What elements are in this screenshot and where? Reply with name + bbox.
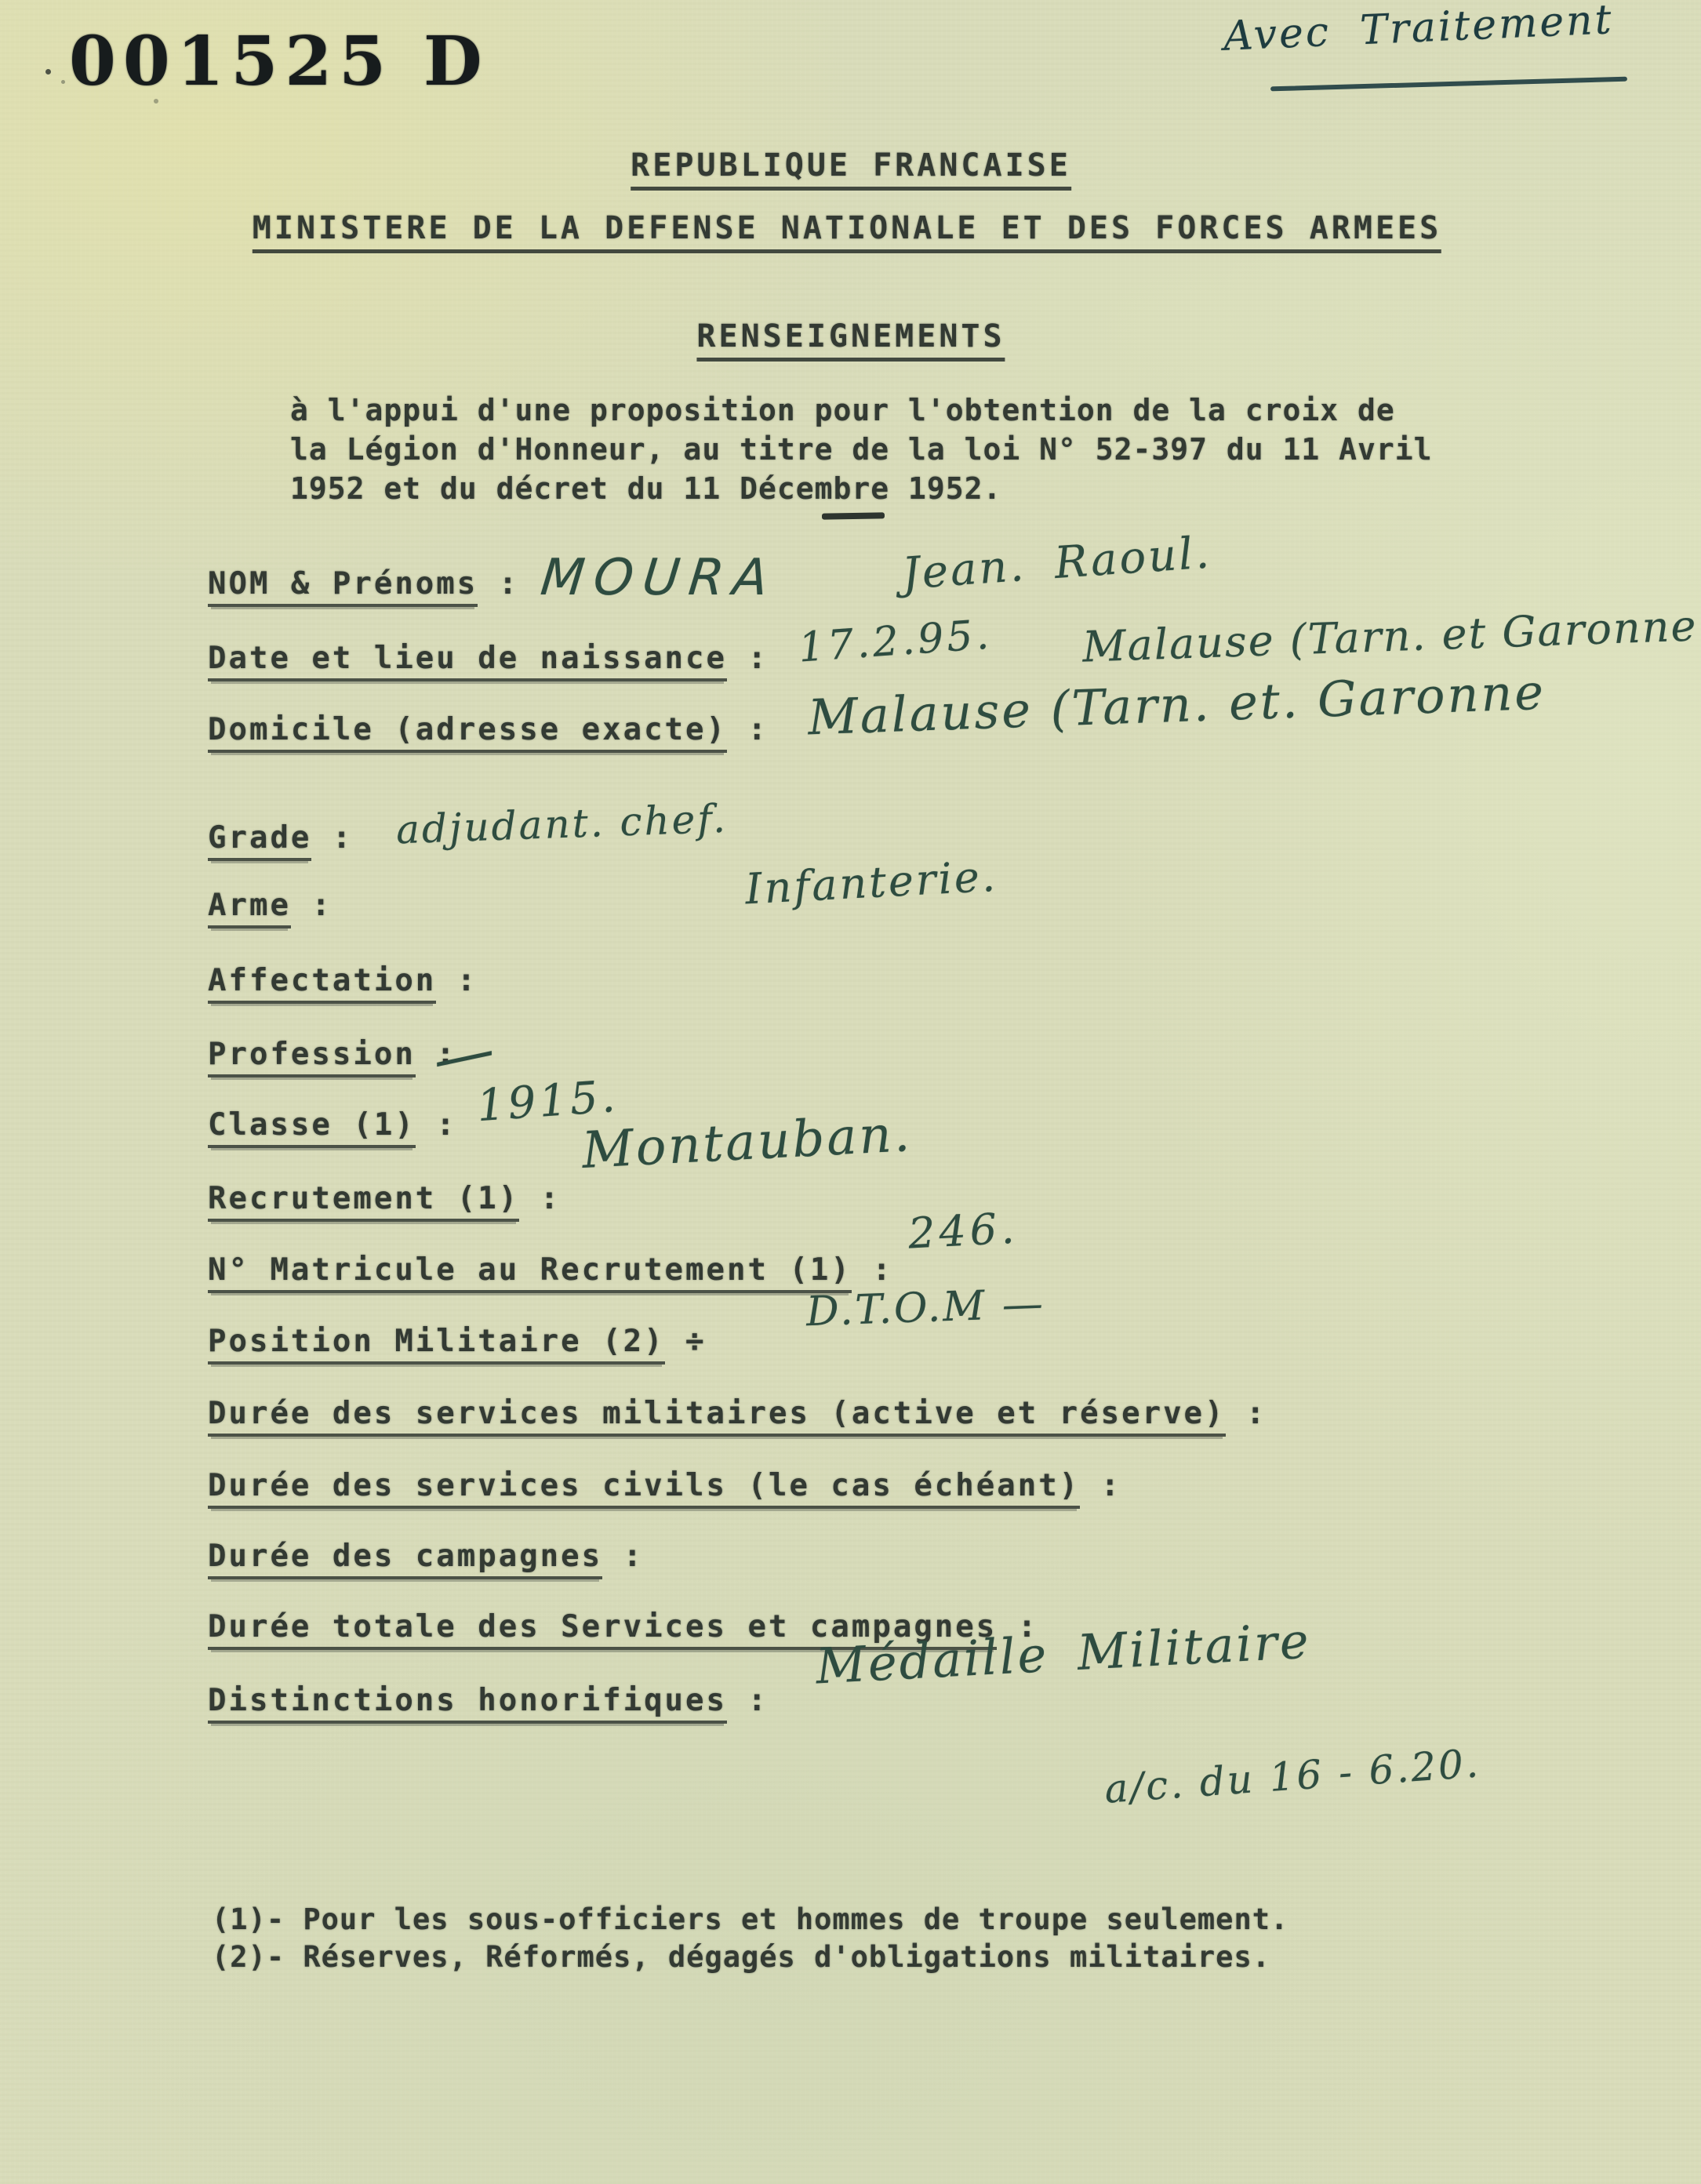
field-domicile-sep: : bbox=[747, 712, 768, 747]
handwritten-arme-value: Infanterie. bbox=[744, 852, 999, 914]
intro-line-2: la Légion d'Honneur, au titre de la loi … bbox=[290, 430, 1433, 469]
handwritten-matricule-value: 246. bbox=[907, 1203, 1019, 1258]
handwritten-grade-value: adjudant. chef. bbox=[395, 796, 729, 853]
field-duree-civils: Durée des services civils (le cas échéan… bbox=[208, 1468, 1121, 1503]
handwritten-naissance-lieu: Malause (Tarn. et Garonne bbox=[1081, 601, 1698, 671]
field-grade-sep: : bbox=[333, 820, 353, 856]
field-duree-militaires-label: Durée des services militaires (active et… bbox=[208, 1396, 1226, 1437]
separator-dash bbox=[822, 512, 885, 519]
field-recrutement-sep: : bbox=[540, 1181, 561, 1216]
annotation-underline bbox=[1270, 77, 1627, 92]
field-duree-campagnes: Durée des campagnes : bbox=[208, 1539, 644, 1574]
title-ministere-text: MINISTERE DE LA DEFENSE NATIONALE ET DES… bbox=[253, 210, 1441, 253]
field-recrutement-label: Recrutement (1) bbox=[208, 1181, 519, 1222]
scanned-document-page: 001525 D Avec Traitement REPUBLIQUE FRAN… bbox=[0, 0, 1701, 2184]
field-profession-label: Profession bbox=[208, 1037, 416, 1077]
field-position: Position Militaire (2) ÷ bbox=[208, 1324, 707, 1359]
intro-line-1: à l'appui d'une proposition pour l'obten… bbox=[290, 391, 1395, 430]
field-matricule: N° Matricule au Recrutement (1) : bbox=[208, 1252, 893, 1288]
field-distinctions: Distinctions honorifiques : bbox=[208, 1683, 769, 1718]
title-ministere: MINISTERE DE LA DEFENSE NATIONALE ET DES… bbox=[253, 210, 1441, 246]
footnote-1: (1)- Pour les sous-officiers et hommes d… bbox=[212, 1901, 1288, 1939]
field-nom-label: NOM & Prénoms bbox=[208, 566, 478, 607]
field-position-sep: ÷ bbox=[685, 1324, 706, 1359]
field-duree-militaires: Durée des services militaires (active et… bbox=[208, 1396, 1267, 1431]
ink-speck bbox=[61, 80, 65, 84]
field-recrutement: Recrutement (1) : bbox=[208, 1181, 561, 1216]
field-grade-label: Grade bbox=[208, 820, 311, 861]
field-nom: NOM & Prénoms : bbox=[208, 566, 519, 601]
field-affectation: Affectation : bbox=[208, 963, 478, 998]
field-classe-sep: : bbox=[436, 1107, 456, 1143]
ink-speck bbox=[154, 99, 158, 104]
field-matricule-sep: : bbox=[872, 1252, 892, 1288]
field-affectation-label: Affectation bbox=[208, 963, 436, 1004]
field-distinctions-sep: : bbox=[747, 1683, 768, 1718]
handwritten-annotation-avec-traitement: Avec Traitement bbox=[1223, 0, 1615, 60]
field-arme-sep: : bbox=[311, 888, 332, 923]
field-nom-sep: : bbox=[499, 566, 519, 601]
field-grade: Grade : bbox=[208, 820, 353, 856]
field-naissance: Date et lieu de naissance : bbox=[208, 641, 769, 676]
field-profession: Profession : bbox=[208, 1037, 457, 1072]
title-renseignements: RENSEIGNEMENTS bbox=[696, 318, 1005, 354]
field-duree-civils-sep: : bbox=[1101, 1468, 1121, 1503]
handwritten-nom-value: MOURA bbox=[538, 549, 780, 607]
field-classe-label: Classe (1) bbox=[208, 1107, 416, 1148]
field-arme: Arme : bbox=[208, 888, 333, 923]
registry-number-stamp: 001525 D bbox=[69, 22, 489, 101]
field-duree-campagnes-sep: : bbox=[623, 1539, 644, 1574]
field-position-label: Position Militaire (2) bbox=[208, 1324, 665, 1365]
field-duree-militaires-sep: : bbox=[1246, 1396, 1267, 1431]
field-duree-campagnes-label: Durée des campagnes bbox=[208, 1539, 602, 1579]
field-affectation-sep: : bbox=[457, 963, 478, 998]
title-renseignements-text: RENSEIGNEMENTS bbox=[696, 318, 1005, 362]
field-duree-civils-label: Durée des services civils (le cas échéan… bbox=[208, 1468, 1080, 1509]
field-domicile-label: Domicile (adresse exacte) bbox=[208, 712, 727, 753]
field-distinctions-label: Distinctions honorifiques bbox=[208, 1683, 727, 1724]
field-matricule-label: N° Matricule au Recrutement (1) bbox=[208, 1252, 852, 1293]
field-naissance-label: Date et lieu de naissance bbox=[208, 641, 727, 681]
field-arme-label: Arme bbox=[208, 888, 291, 928]
handwritten-position-value: D.T.O.M — bbox=[805, 1281, 1046, 1336]
field-classe: Classe (1) : bbox=[208, 1107, 457, 1143]
footnote-2: (2)- Réserves, Réformés, dégagés d'oblig… bbox=[212, 1939, 1270, 1976]
field-naissance-sep: : bbox=[747, 641, 768, 676]
handwritten-prenoms-value: Jean. Raoul. bbox=[900, 527, 1213, 599]
handwritten-naissance-date: 17.2.95. bbox=[797, 611, 994, 671]
title-republique-text: REPUBLIQUE FRANCAISE bbox=[631, 147, 1071, 191]
title-republique-francaise: REPUBLIQUE FRANCAISE bbox=[631, 147, 1071, 184]
intro-line-3: 1952 et du décret du 11 Décembre 1952. bbox=[290, 469, 1001, 508]
handwritten-recrutement-value: Montauban. bbox=[580, 1105, 913, 1180]
field-domicile: Domicile (adresse exacte) : bbox=[208, 712, 769, 747]
ink-speck bbox=[45, 69, 51, 74]
handwritten-domicile-value: Malause (Tarn. et. Garonne bbox=[807, 663, 1547, 747]
handwritten-distinctions-date: a/c. du 16 - 6.20. bbox=[1103, 1740, 1482, 1812]
